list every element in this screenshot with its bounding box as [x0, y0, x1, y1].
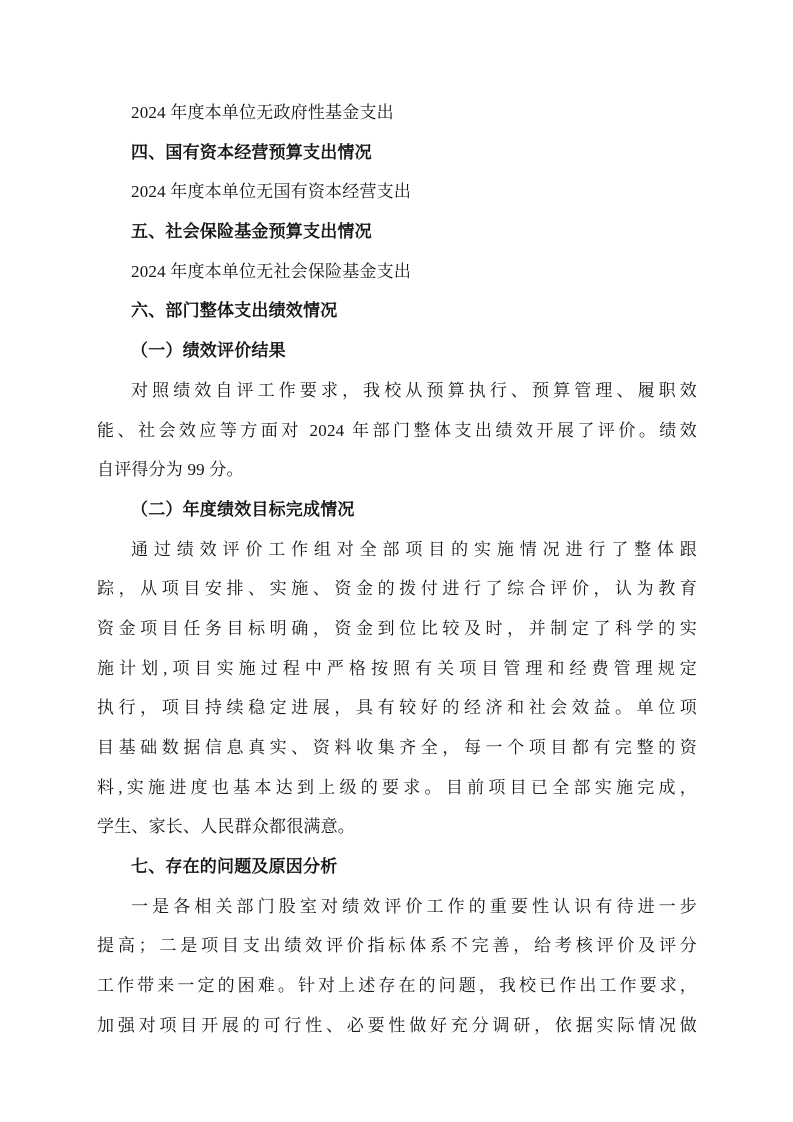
document-page: 2024 年度本单位无政府性基金支出四、国有资本经营预算支出情况2024 年度本… — [0, 0, 793, 1122]
text-line: 2024 年度本单位无政府性基金支出 — [97, 93, 697, 133]
text-line: 通过绩效评价工作组对全部项目的实施情况进行了整体跟 — [97, 530, 697, 570]
section-heading: 六、部门整体支出绩效情况 — [97, 291, 697, 331]
text-line: （二）年度绩效目标完成情况 — [97, 490, 697, 530]
text-line: 目基础数据信息真实、资料收集齐全，每一个项目都有完整的资 — [97, 728, 697, 768]
text-line: 七、存在的问题及原因分析 — [97, 847, 697, 887]
text-line: 2024 年度本单位无国有资本经营支出 — [97, 172, 697, 212]
paragraph: 2024 年度本单位无社会保险基金支出 — [97, 252, 697, 292]
paragraph: 2024 年度本单位无政府性基金支出 — [97, 93, 697, 133]
text-line: 五、社会保险基金预算支出情况 — [97, 212, 697, 252]
paragraph: 一是各相关部门股室对绩效评价工作的重要性认识有待进一步提高；二是项目支出绩效评价… — [97, 887, 697, 1046]
paragraph: 对照绩效自评工作要求，我校从预算执行、预算管理、履职效能、社会效应等方面对 20… — [97, 371, 697, 490]
text-line: 料,实施进度也基本达到上级的要求。目前项目已全部实施完成， — [97, 768, 697, 808]
text-line: 工作带来一定的困难。针对上述存在的问题，我校已作出工作要求， — [97, 966, 697, 1006]
text-line: 提高；二是项目支出绩效评价指标体系不完善，给考核评价及评分 — [97, 926, 697, 966]
text-line: 六、部门整体支出绩效情况 — [97, 291, 697, 331]
text-line: 自评得分为 99 分。 — [97, 450, 697, 490]
text-line: 对照绩效自评工作要求，我校从预算执行、预算管理、履职效 — [97, 371, 697, 411]
text-line: 施计划,项目实施过程中严格按照有关项目管理和经费管理规定 — [97, 649, 697, 689]
text-line: 一是各相关部门股室对绩效评价工作的重要性认识有待进一步 — [97, 887, 697, 927]
paragraph: 2024 年度本单位无国有资本经营支出 — [97, 172, 697, 212]
text-line: 执行，项目持续稳定进展，具有较好的经济和社会效益。单位项 — [97, 688, 697, 728]
text-line: 学生、家长、人民群众都很满意。 — [97, 807, 697, 847]
text-line: 加强对项目开展的可行性、必要性做好充分调研，依据实际情况做 — [97, 1006, 697, 1046]
text-line: 2024 年度本单位无社会保险基金支出 — [97, 252, 697, 292]
document-body: 2024 年度本单位无政府性基金支出四、国有资本经营预算支出情况2024 年度本… — [97, 93, 697, 1046]
text-line: （一）绩效评价结果 — [97, 331, 697, 371]
section-heading: （一）绩效评价结果 — [97, 331, 697, 371]
section-heading: 五、社会保险基金预算支出情况 — [97, 212, 697, 252]
text-line: 踪，从项目安排、实施、资金的拨付进行了综合评价，认为教育 — [97, 569, 697, 609]
section-heading: 七、存在的问题及原因分析 — [97, 847, 697, 887]
text-line: 资金项目任务目标明确，资金到位比较及时，并制定了科学的实 — [97, 609, 697, 649]
text-line: 四、国有资本经营预算支出情况 — [97, 133, 697, 173]
section-heading: （二）年度绩效目标完成情况 — [97, 490, 697, 530]
text-line: 能、社会效应等方面对 2024 年部门整体支出绩效开展了评价。绩效 — [97, 411, 697, 451]
section-heading: 四、国有资本经营预算支出情况 — [97, 133, 697, 173]
paragraph: 通过绩效评价工作组对全部项目的实施情况进行了整体跟踪，从项目安排、实施、资金的拨… — [97, 530, 697, 848]
